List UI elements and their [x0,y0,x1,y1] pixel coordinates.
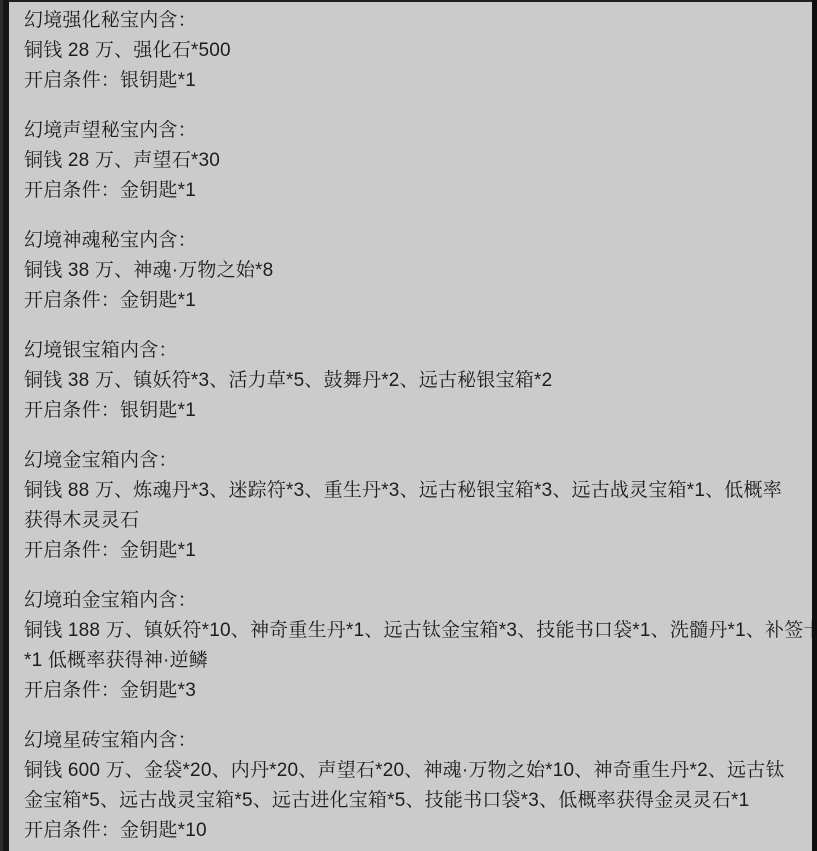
block-title-line: 幻境银宝箱内含： [24,336,802,366]
block-text-line: 铜钱 28 万、强化石*500 [24,36,802,66]
block-text-line: 开启条件：金钥匙*1 [24,536,802,566]
block-text-line: 金宝箱*5、远古战灵宝箱*5、远古进化宝箱*5、技能书口袋*3、低概率获得金灵灵… [24,786,802,816]
treasure-block: 幻境星砖宝箱内含：铜钱 600 万、金袋*20、内丹*20、声望石*20、神魂·… [24,726,802,846]
block-text-line: *1 低概率获得神·逆鳞 [24,646,802,676]
treasure-info-page: 幻境强化秘宝内含：铜钱 28 万、强化石*500开启条件：银钥匙*1幻境声望秘宝… [0,0,817,851]
block-title-line: 幻境金宝箱内含： [24,446,802,476]
block-text-line: 铜钱 600 万、金袋*20、内丹*20、声望石*20、神魂·万物之始*10、神… [24,756,802,786]
block-text-line: 铜钱 38 万、神魂·万物之始*8 [24,256,802,286]
treasure-block: 幻境银宝箱内含：铜钱 38 万、镇妖符*3、活力草*5、鼓舞丹*2、远古秘银宝箱… [24,336,802,426]
block-text-line: 开启条件：金钥匙*1 [24,176,802,206]
block-text-line: 获得木灵灵石 [24,506,802,536]
block-text-line: 开启条件：金钥匙*3 [24,676,802,706]
treasure-block: 幻境强化秘宝内含：铜钱 28 万、强化石*500开启条件：银钥匙*1 [24,6,802,96]
treasure-block: 幻境金宝箱内含：铜钱 88 万、炼魂丹*3、迷踪符*3、重生丹*3、远古秘银宝箱… [24,446,802,566]
treasure-block: 幻境珀金宝箱内含：铜钱 188 万、镇妖符*10、神奇重生丹*1、远古钛金宝箱*… [24,586,802,706]
block-title-line: 幻境星砖宝箱内含： [24,726,802,756]
block-text-line: 铜钱 88 万、炼魂丹*3、迷踪符*3、重生丹*3、远古秘银宝箱*3、远古战灵宝… [24,476,802,506]
block-text-line: 铜钱 188 万、镇妖符*10、神奇重生丹*1、远古钛金宝箱*3、技能书口袋*1… [24,616,802,646]
block-text-line: 铜钱 28 万、声望石*30 [24,146,802,176]
top-border [0,0,817,2]
treasure-block: 幻境神魂秘宝内含：铜钱 38 万、神魂·万物之始*8开启条件：金钥匙*1 [24,226,802,316]
right-border [812,0,817,851]
block-title-line: 幻境声望秘宝内含： [24,116,802,146]
left-border [0,0,9,851]
block-text-line: 开启条件：金钥匙*10 [24,816,802,846]
block-text-line: 开启条件：银钥匙*1 [24,396,802,426]
block-title-line: 幻境神魂秘宝内含： [24,226,802,256]
block-title-line: 幻境珀金宝箱内含： [24,586,802,616]
block-text-line: 开启条件：金钥匙*1 [24,286,802,316]
block-text-line: 铜钱 38 万、镇妖符*3、活力草*5、鼓舞丹*2、远古秘银宝箱*2 [24,366,802,396]
treasure-block: 幻境声望秘宝内含：铜钱 28 万、声望石*30开启条件：金钥匙*1 [24,116,802,206]
block-text-line: 开启条件：银钥匙*1 [24,66,802,96]
treasure-list: 幻境强化秘宝内含：铜钱 28 万、强化石*500开启条件：银钥匙*1幻境声望秘宝… [9,0,812,851]
block-title-line: 幻境强化秘宝内含： [24,6,802,36]
